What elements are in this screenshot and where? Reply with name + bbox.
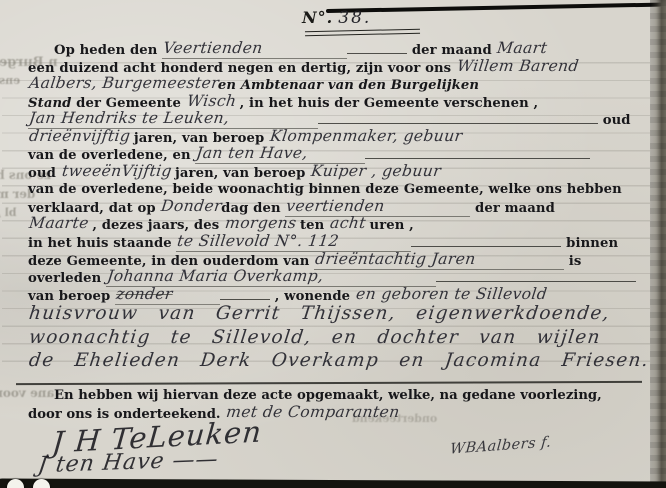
bleedthrough-text: bl , — [0, 206, 17, 219]
act-line: in het huis staande te Sillevold N°. 112… — [28, 234, 650, 252]
handwritten-text: veertienden — [285, 198, 472, 217]
act-line: Op heden den Veertienden der maand Maart — [28, 41, 650, 59]
act-line: En hebben wij hiervan deze acte opgemaak… — [28, 387, 648, 405]
handwritten-text: Donder — [160, 198, 223, 216]
act-line: door ons is onderteekend. met de Compara… — [28, 405, 648, 423]
handwritten-text: Klompenmaker, gebuur — [269, 128, 463, 146]
printed-text: En hebben wij hiervan deze acte opgemaak… — [54, 388, 602, 403]
printed-text: in het huis staande — [28, 236, 176, 251]
printed-text: , in het huis der Gemeente verschenen , — [235, 96, 538, 111]
handwritten-text: zonder — [115, 286, 222, 305]
scanned-death-record: n Burgel ens ; ze ons ho der m bl , ane … — [0, 0, 666, 488]
fill-line — [220, 287, 270, 300]
printed-text: oud — [598, 113, 631, 128]
handwritten-text: tweeënVijftig — [61, 163, 173, 181]
fill-line — [318, 111, 598, 124]
printed-text: der maand — [470, 201, 555, 216]
handwritten-text: drieënvijftig — [28, 128, 131, 146]
bleedthrough-text: ens ; — [0, 74, 20, 87]
handwritten-text: Maarte — [28, 215, 90, 233]
handwritten-text: Kuiper , gebuur — [310, 163, 442, 181]
printed-text: jaren, van beroep — [170, 166, 310, 181]
handwritten-text: morgens — [224, 215, 297, 233]
printed-text: overleden — [28, 271, 106, 286]
act-number-value: 38. — [338, 8, 371, 28]
printed-text: en Ambtenaar van den Burgelijken — [218, 78, 479, 93]
handwritten-text: te Sillevold N°. 112 — [176, 233, 413, 252]
handwritten-text: Johanna Maria Overkamp, — [106, 268, 438, 287]
act-number: N°. 38. — [302, 8, 371, 28]
handwritten-text: Jan Hendriks te Leuken, — [28, 110, 320, 129]
handwritten-text: acht — [329, 215, 367, 233]
act-line: oud tweeënVijftig jaren, van beroep Kuip… — [28, 164, 650, 182]
fill-line — [347, 41, 407, 54]
printed-text: oud — [28, 166, 61, 181]
bottom-scan-band — [0, 479, 666, 488]
printed-text: is — [564, 254, 581, 269]
page-binding-edge — [650, 0, 666, 488]
printed-text: , wonende — [270, 289, 355, 304]
printed-text: van de overledene, beide woonachtig binn… — [28, 182, 622, 197]
printed-text: Op heden den — [54, 43, 162, 58]
printed-text: uren , — [365, 218, 414, 233]
act-line: drieënvijftig jaren, van beroep Klompenm… — [28, 129, 650, 147]
act-line: woonachtig te Sillevold, en dochter van … — [28, 328, 650, 351]
signature-ten-have: J ten Have —— — [36, 447, 220, 478]
handwritten-text: de Ehelieden Derk Overkamp en Jacomina F… — [28, 352, 650, 370]
handwritten-text: Aalbers, Burgemeester — [28, 75, 220, 93]
act-number-underline — [305, 29, 420, 36]
fill-line — [411, 234, 561, 247]
act-number-label: N°. — [302, 8, 333, 27]
signature-aalbers: WBAalbers f. — [449, 434, 552, 457]
handwritten-text: Maart — [496, 40, 548, 58]
handwritten-text: en geboren te Sillevold — [355, 286, 548, 304]
section-divider-rule — [16, 381, 642, 385]
fill-line — [436, 269, 636, 282]
closing-paragraph: En hebben wij hiervan deze acte opgemaak… — [28, 387, 648, 422]
top-scan-line — [326, 3, 662, 13]
act-line: van beroep zonder , wonende en geboren t… — [28, 287, 650, 305]
act-body-text: Op heden den Veertienden der maand Maart… — [28, 41, 650, 374]
handwritten-text: woonachtig te Sillevold, en dochter van … — [28, 329, 602, 347]
act-line: huisvrouw van Gerrit Thijssen, eigenwerk… — [28, 304, 650, 327]
act-line: Aalbers, Burgemeester en Ambtenaar van d… — [28, 76, 650, 94]
printed-text: van beroep — [28, 289, 115, 304]
handwritten-text: drieëntachtig Jaren — [314, 251, 566, 270]
handwritten-text: Veertienden — [162, 40, 349, 59]
printed-text: binnen — [561, 236, 618, 251]
act-line: de Ehelieden Derk Overkamp en Jacomina F… — [28, 351, 650, 374]
printed-text: der maand — [407, 43, 496, 58]
handwritten-text: Willem Barend — [456, 58, 580, 76]
fill-line — [365, 146, 590, 159]
handwritten-text: huisvrouw van Gerrit Thijssen, eigenwerk… — [28, 305, 611, 323]
handwritten-text: Wisch — [186, 93, 237, 111]
